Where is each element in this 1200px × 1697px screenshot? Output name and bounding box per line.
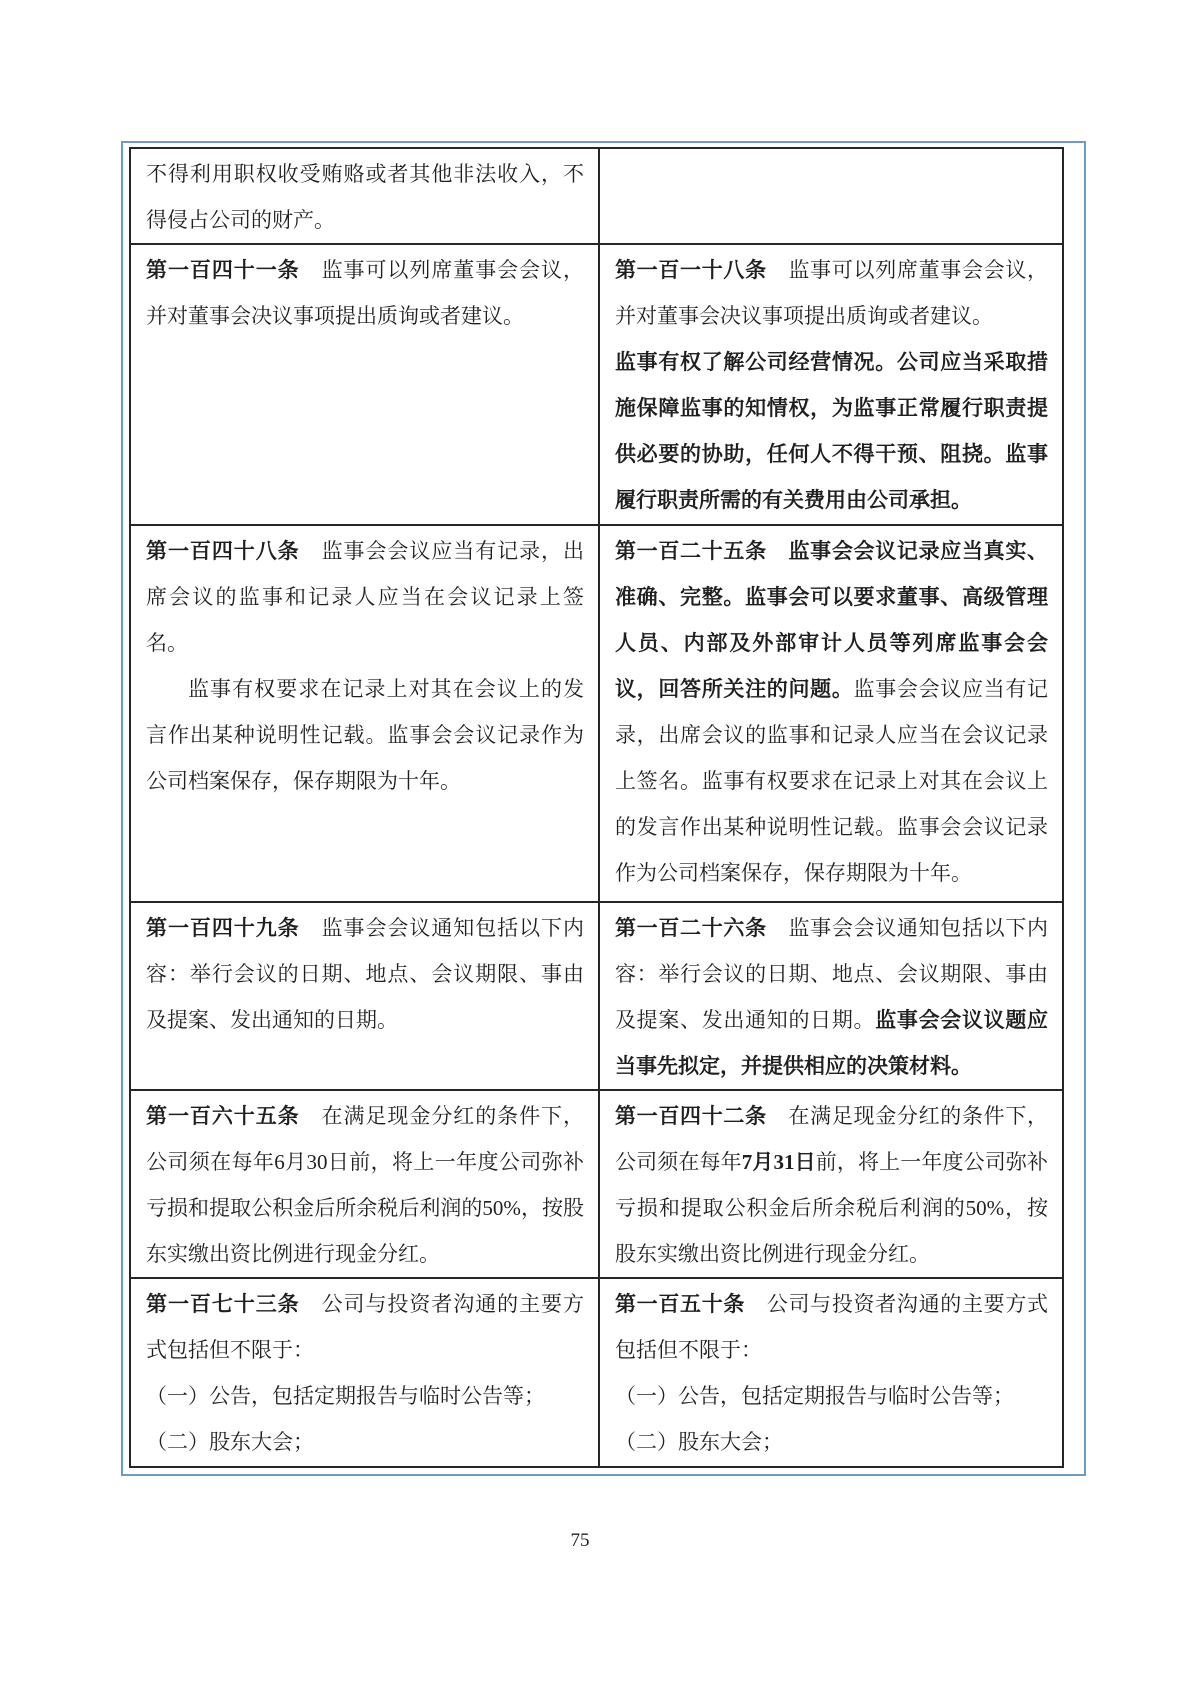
article-paragraph: 第一百四十一条 监事可以列席董事会会议，并对董事会决议事项提出质询或者建议。	[146, 247, 584, 339]
document-page: 不得利用职权收受贿赂或者其他非法收入，不得侵占公司的财产。第一百四十一条 监事可…	[0, 0, 1200, 1697]
bold-text-run: 7月31日	[742, 1150, 816, 1174]
article-paragraph: 第一百四十二条 在满足现金分红的条件下，公司须在每年7月31日前，将上一年度公司…	[615, 1093, 1048, 1277]
text-run: （一）公告，包括定期报告与临时公告等；	[615, 1384, 1014, 1408]
article-paragraph: （一）公告，包括定期报告与临时公告等；	[146, 1373, 584, 1419]
bold-text-run: 第一百六十五条	[146, 1104, 300, 1128]
page-number: 75	[0, 1530, 1160, 1552]
text-run: 监事会会议应当有记录，出席会议的监事和记录人应当在会议记录上签名。监事有权要求在…	[615, 677, 1048, 885]
bold-text-run: 第一百四十八条	[146, 539, 300, 563]
right-article-cell: 第一百五十条 公司与投资者沟通的主要方式包括但不限于：（一）公告，包括定期报告与…	[599, 1278, 1063, 1467]
left-article-cell: 第一百七十三条 公司与投资者沟通的主要方式包括但不限于：（一）公告，包括定期报告…	[130, 1278, 599, 1467]
bold-text-run: 第一百二十六条	[615, 916, 767, 940]
bold-text-run: 第一百五十条	[615, 1292, 745, 1316]
left-article-cell: 不得利用职权收受贿赂或者其他非法收入，不得侵占公司的财产。	[130, 148, 599, 244]
text-run: 监事有权要求在记录上对其在会议上的发言作出某种说明性记载。监事会会议记录作为公司…	[146, 677, 584, 793]
bold-text-run: 第一百二十五条	[615, 539, 767, 563]
right-article-cell: 第一百一十八条 监事可以列席董事会会议，并对董事会决议事项提出质询或者建议。监事…	[599, 244, 1063, 525]
article-paragraph: 第一百二十五条 监事会会议记录应当真实、准确、完整。监事会可以要求董事、高级管理…	[615, 528, 1048, 896]
article-paragraph: 第一百六十五条 在满足现金分红的条件下，公司须在每年6月30日前，将上一年度公司…	[146, 1093, 584, 1277]
bold-text-run: 第一百四十一条	[146, 258, 300, 282]
comparison-table-frame: 不得利用职权收受贿赂或者其他非法收入，不得侵占公司的财产。第一百四十一条 监事可…	[121, 141, 1086, 1476]
bold-text-run: 第一百一十八条	[615, 258, 767, 282]
text-run: （二）股东大会；	[146, 1430, 314, 1454]
left-article-cell: 第一百四十八条 监事会会议应当有记录，出席会议的监事和记录人应当在会议记录上签名…	[130, 525, 599, 902]
bold-text-run: 第一百四十九条	[146, 916, 300, 940]
article-paragraph: 第一百五十条 公司与投资者沟通的主要方式包括但不限于：	[615, 1281, 1048, 1373]
article-paragraph: 第一百四十八条 监事会会议应当有记录，出席会议的监事和记录人应当在会议记录上签名…	[146, 528, 584, 666]
table-row: 不得利用职权收受贿赂或者其他非法收入，不得侵占公司的财产。	[130, 148, 1063, 244]
text-run: 不得利用职权收受贿赂或者其他非法收入，不得侵占公司的财产。	[146, 162, 584, 232]
table-row: 第一百七十三条 公司与投资者沟通的主要方式包括但不限于：（一）公告，包括定期报告…	[130, 1278, 1063, 1467]
text-run: （一）公告，包括定期报告与临时公告等；	[146, 1384, 545, 1408]
left-article-cell: 第一百六十五条 在满足现金分红的条件下，公司须在每年6月30日前，将上一年度公司…	[130, 1090, 599, 1278]
bold-text-run: 监事有权了解公司经营情况。公司应当采取措施保障监事的知情权，为监事正常履行职责提…	[615, 350, 1048, 512]
article-paragraph: 第一百四十九条 监事会会议通知包括以下内容：举行会议的日期、地点、会议期限、事由…	[146, 905, 584, 1043]
article-paragraph: 第一百七十三条 公司与投资者沟通的主要方式包括但不限于：	[146, 1281, 584, 1373]
article-paragraph: 监事有权了解公司经营情况。公司应当采取措施保障监事的知情权，为监事正常履行职责提…	[615, 339, 1048, 523]
articles-comparison-table: 不得利用职权收受贿赂或者其他非法收入，不得侵占公司的财产。第一百四十一条 监事可…	[129, 147, 1064, 1468]
table-row: 第一百四十九条 监事会会议通知包括以下内容：举行会议的日期、地点、会议期限、事由…	[130, 902, 1063, 1090]
article-paragraph: 监事有权要求在记录上对其在会议上的发言作出某种说明性记载。监事会会议记录作为公司…	[146, 666, 584, 804]
article-paragraph: （二）股东大会；	[146, 1419, 584, 1465]
right-article-cell: 第一百二十六条 监事会会议通知包括以下内容：举行会议的日期、地点、会议期限、事由…	[599, 902, 1063, 1090]
table-row: 第一百六十五条 在满足现金分红的条件下，公司须在每年6月30日前，将上一年度公司…	[130, 1090, 1063, 1278]
right-article-cell: 第一百二十五条 监事会会议记录应当真实、准确、完整。监事会可以要求董事、高级管理…	[599, 525, 1063, 902]
table-body: 不得利用职权收受贿赂或者其他非法收入，不得侵占公司的财产。第一百四十一条 监事可…	[130, 148, 1063, 1467]
left-article-cell: 第一百四十九条 监事会会议通知包括以下内容：举行会议的日期、地点、会议期限、事由…	[130, 902, 599, 1090]
right-article-cell: 第一百四十二条 在满足现金分红的条件下，公司须在每年7月31日前，将上一年度公司…	[599, 1090, 1063, 1278]
text-run: （二）股东大会；	[615, 1430, 783, 1454]
article-paragraph: 不得利用职权收受贿赂或者其他非法收入，不得侵占公司的财产。	[146, 151, 584, 243]
left-article-cell: 第一百四十一条 监事可以列席董事会会议，并对董事会决议事项提出质询或者建议。	[130, 244, 599, 525]
article-paragraph: 第一百一十八条 监事可以列席董事会会议，并对董事会决议事项提出质询或者建议。	[615, 247, 1048, 339]
table-row: 第一百四十一条 监事可以列席董事会会议，并对董事会决议事项提出质询或者建议。第一…	[130, 244, 1063, 525]
text-run: 在满足现金分红的条件下，公司须在每年6月30日前，将上一年度公司弥补亏损和提取公…	[146, 1104, 584, 1266]
article-paragraph: （一）公告，包括定期报告与临时公告等；	[615, 1373, 1048, 1419]
right-article-cell	[599, 148, 1063, 244]
article-paragraph: 第一百二十六条 监事会会议通知包括以下内容：举行会议的日期、地点、会议期限、事由…	[615, 905, 1048, 1089]
article-paragraph: （二）股东大会；	[615, 1419, 1048, 1465]
bold-text-run: 第一百七十三条	[146, 1292, 300, 1316]
bold-text-run: 第一百四十二条	[615, 1104, 767, 1128]
table-row: 第一百四十八条 监事会会议应当有记录，出席会议的监事和记录人应当在会议记录上签名…	[130, 525, 1063, 902]
